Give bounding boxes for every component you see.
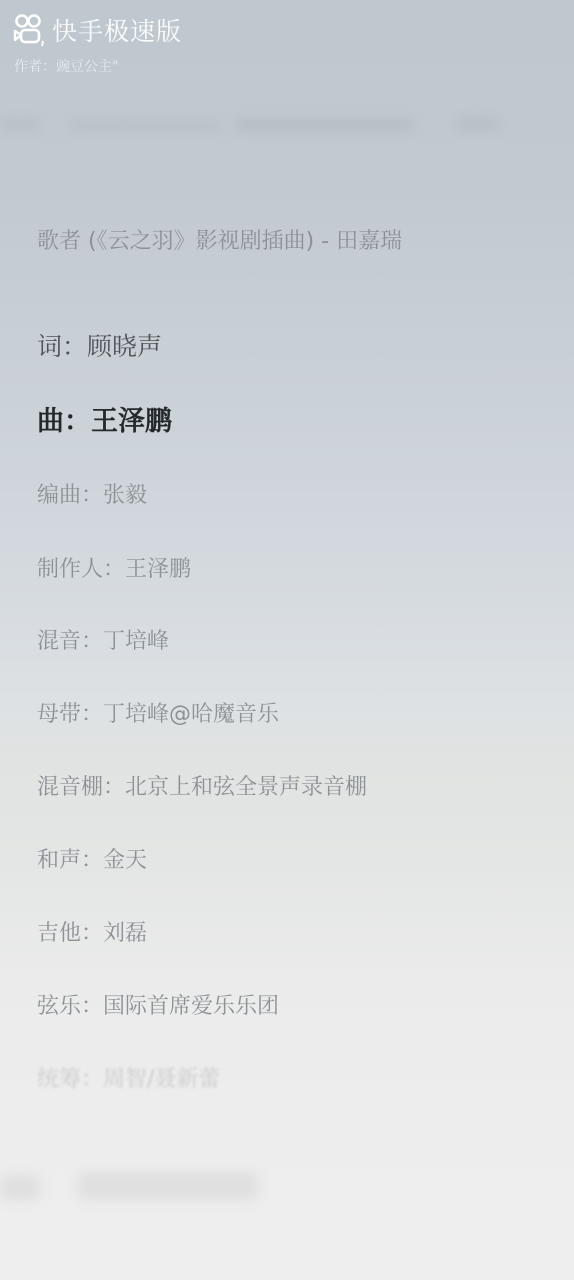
author-name: 豌豆公主"	[56, 59, 118, 75]
lyric-line-mixing-studio[interactable]: 混音棚：北京上和弦全景声录音棚	[37, 772, 467, 803]
blurred-lyric-top	[0, 120, 40, 130]
lyric-line-lyricist[interactable]: 词：顾晓声	[37, 331, 467, 362]
lyric-line-producer[interactable]: 制作人：王泽鹏	[37, 554, 467, 585]
blurred-lyric-bottom	[78, 1172, 258, 1200]
lyric-line-harmony[interactable]: 和声：金天	[37, 845, 467, 876]
blurred-lyric-top	[235, 120, 415, 130]
lyric-line-mastering[interactable]: 母带：丁培峰@哈魔音乐	[37, 699, 467, 730]
blurred-lyric-top	[455, 118, 500, 130]
blurred-lyric-top	[70, 122, 220, 130]
lyric-line-arranger[interactable]: 编曲：张毅	[37, 480, 467, 511]
watermark-author: 作者：豌豆公主"	[14, 56, 182, 76]
lyric-line-mixing[interactable]: 混音：丁培峰	[37, 626, 467, 657]
blurred-lyric-bottom	[0, 1175, 40, 1200]
author-label: 作者：	[14, 59, 56, 75]
app-watermark: 快手极速版 作者：豌豆公主"	[12, 12, 182, 76]
lyric-line-strings[interactable]: 弦乐：国际首席爱乐乐团	[37, 991, 467, 1022]
lyric-line-guitar[interactable]: 吉他：刘磊	[37, 918, 467, 949]
lyric-line-composer-current[interactable]: 曲：王泽鹏	[37, 406, 467, 437]
kuaishou-camera-icon	[12, 12, 48, 48]
lyric-line-coordinator[interactable]: 统筹：周智/聂新蕾	[37, 1064, 467, 1095]
watermark-app-name: 快手极速版	[52, 12, 182, 48]
lyric-line-title[interactable]: 歌者 (《云之羽》影视剧插曲) - 田嘉瑞	[37, 226, 467, 257]
